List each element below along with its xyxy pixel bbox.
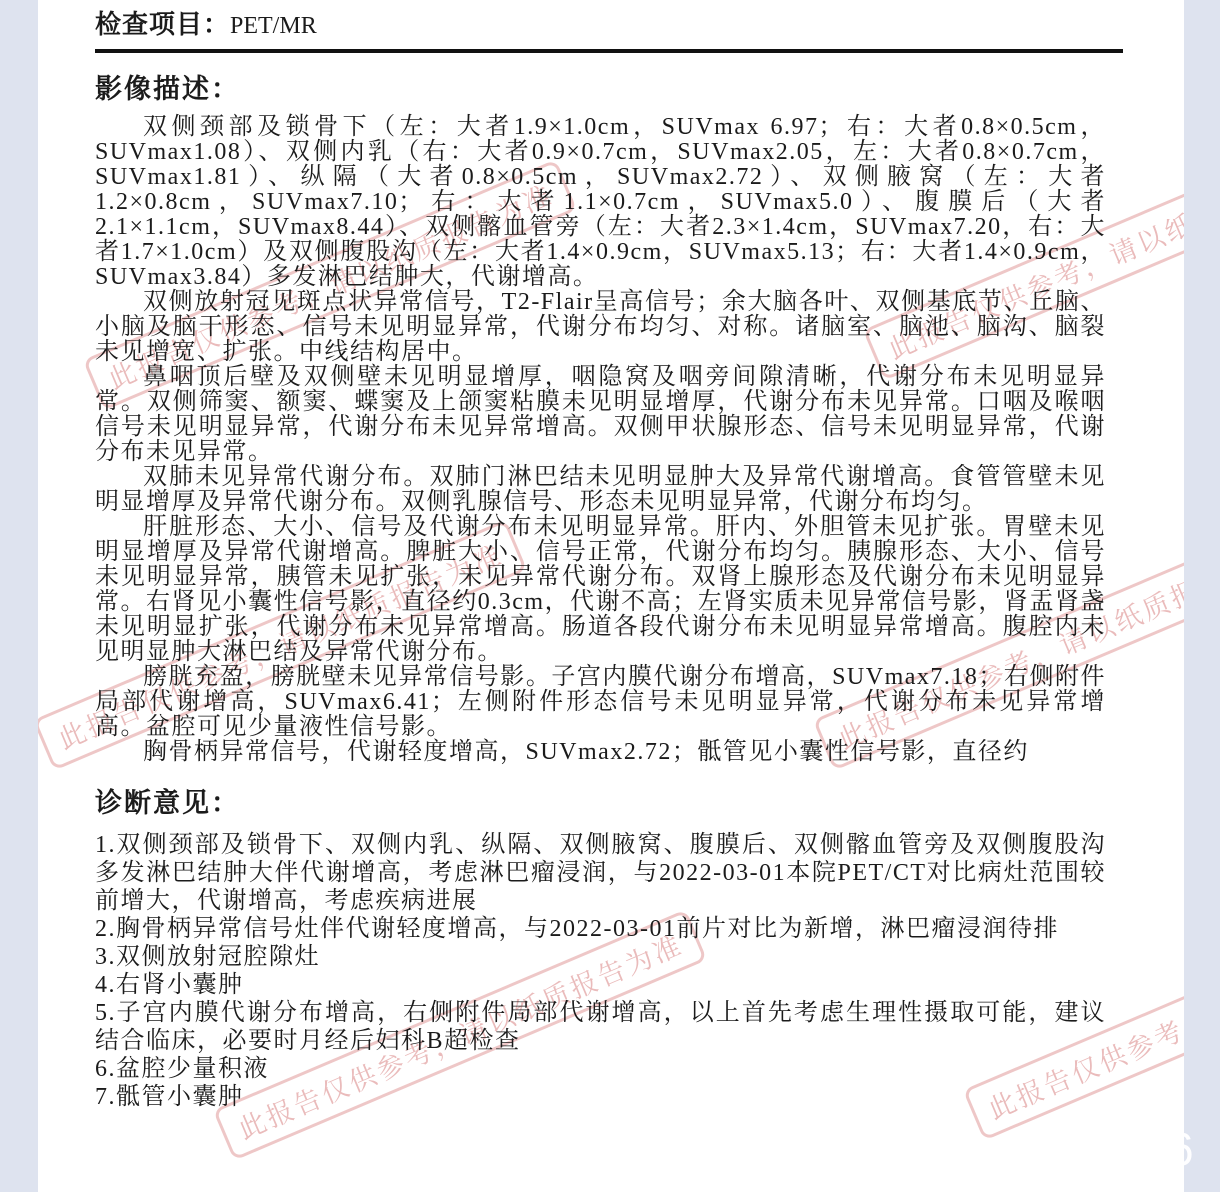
diagnosis-item: 1.双侧颈部及锁骨下、双侧内乳、纵隔、双侧腋窝、腹膜后、双侧髂血管旁及双侧腹股沟… xyxy=(95,831,1106,915)
exam-item-value: PET/MR xyxy=(230,13,317,39)
page-number: 6 xyxy=(1168,1126,1194,1172)
description-paragraph: 肝脏形态、大小、信号及代谢分布未见明显异常。肝内、外胆管未见扩张。胃壁未见明显增… xyxy=(95,515,1106,665)
diagnosis-list: 1.双侧颈部及锁骨下、双侧内乳、纵隔、双侧腋窝、腹膜后、双侧髂血管旁及双侧腹股沟… xyxy=(95,831,1106,1111)
diagnosis-item: 3.双侧放射冠腔隙灶 xyxy=(95,943,1106,971)
diagnosis-item: 5.子宫内膜代谢分布增高，右侧附件局部代谢增高，以上首先考虑生理性摄取可能，建议… xyxy=(95,999,1106,1055)
description-paragraph: 双肺未见异常代谢分布。双肺门淋巴结未见明显肿大及异常代谢增高。食管管壁未见明显增… xyxy=(95,465,1106,515)
header-divider xyxy=(95,49,1123,53)
diagnosis-section-heading: 诊断意见： xyxy=(95,785,1106,821)
description-paragraph: 鼻咽顶后壁及双侧壁未见明显增厚，咽隐窝及咽旁间隙清晰，代谢分布未见明显异常。双侧… xyxy=(95,365,1106,465)
diagnosis-item: 7.骶管小囊肿 xyxy=(95,1083,1106,1111)
exam-item-row: 检查项目：PET/MR xyxy=(95,8,1106,43)
description-paragraph: 胸骨柄异常信号，代谢轻度增高，SUVmax2.72；骶管见小囊性信号影，直径约 xyxy=(95,740,1106,765)
description-paragraph: 双侧放射冠见斑点状异常信号，T2-Flair呈高信号；余大脑各叶、双侧基底节、丘… xyxy=(95,290,1106,365)
diagnosis-item: 2.胸骨柄异常信号灶伴代谢轻度增高，与2022-03-01前片对比为新增，淋巴瘤… xyxy=(95,915,1106,943)
imaging-section-heading: 影像描述： xyxy=(95,71,1106,107)
report-content: 检查项目：PET/MR 影像描述： 双侧颈部及锁骨下（左：大者1.9×1.0cm… xyxy=(38,0,1184,1111)
imaging-description: 双侧颈部及锁骨下（左：大者1.9×1.0cm，SUVmax 6.97；右：大者0… xyxy=(95,115,1106,765)
description-paragraph: 膀胱充盈，膀胱壁未见异常信号影。子宫内膜代谢分布增高，SUVmax7.18；右侧… xyxy=(95,665,1106,740)
description-paragraph: 双侧颈部及锁骨下（左：大者1.9×1.0cm，SUVmax 6.97；右：大者0… xyxy=(95,115,1106,290)
diagnosis-item: 6.盆腔少量积液 xyxy=(95,1055,1106,1083)
document-page: 此报告仅供参考，请以纸质报告为准 此报告仅供参考，请以纸质报告为准 此报告仅供参… xyxy=(38,0,1184,1192)
diagnosis-item: 4.右肾小囊肿 xyxy=(95,971,1106,999)
viewer-background: { "report": { "exam": { "label": "检查项目："… xyxy=(0,0,1220,1192)
exam-item-label: 检查项目： xyxy=(95,10,230,39)
